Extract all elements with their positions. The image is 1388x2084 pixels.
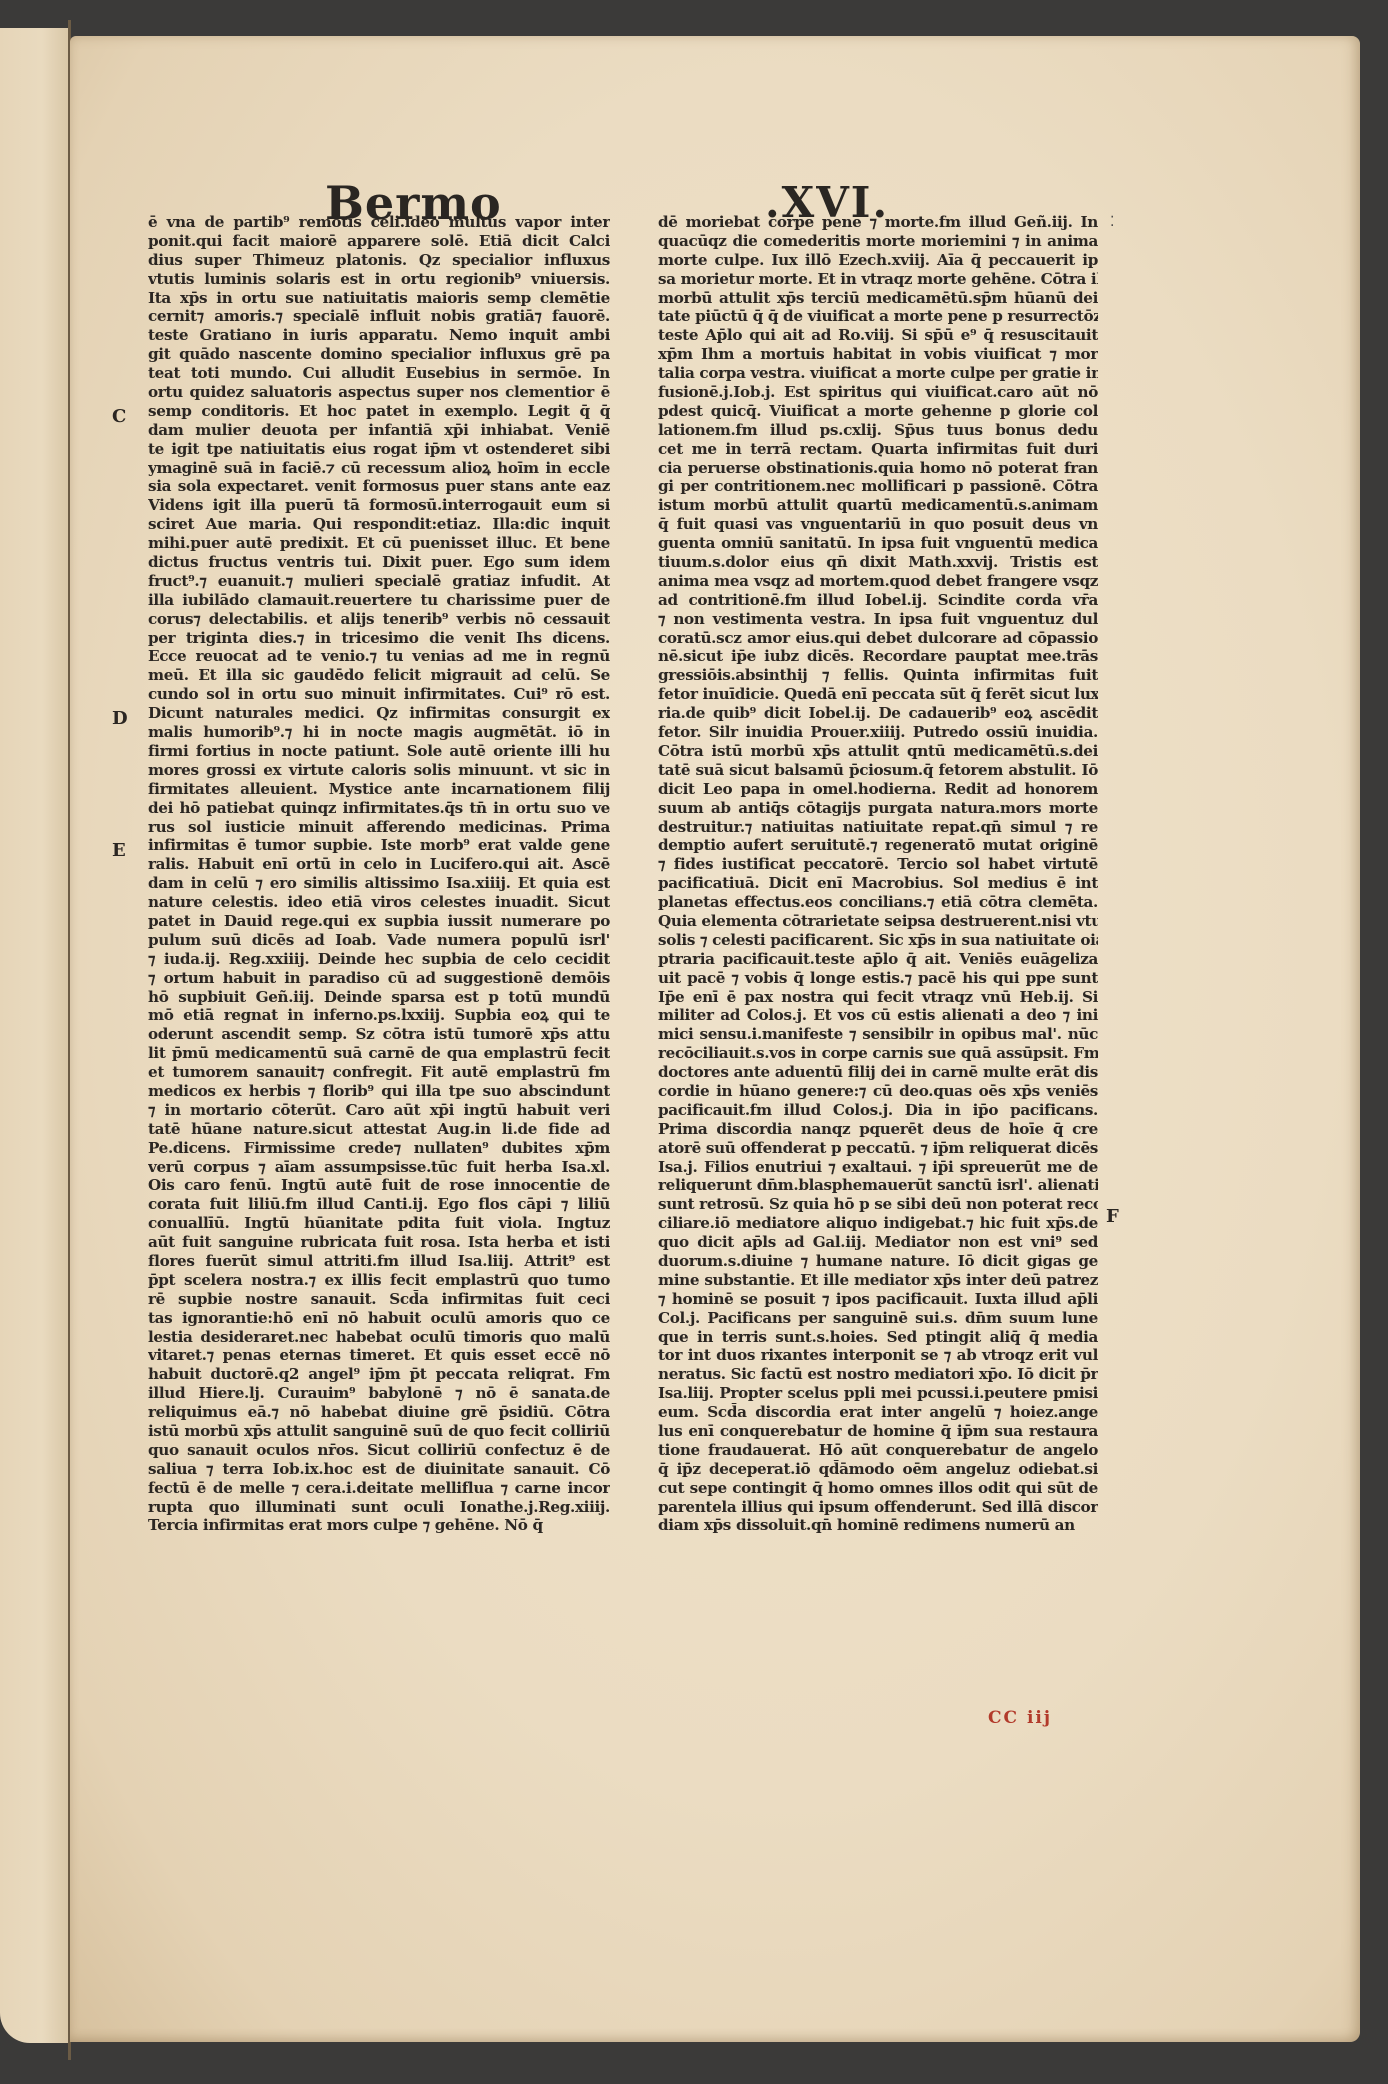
text-line: teste Ap̄lo qui ait ad Ro.viij. Si sp̄ū … [658,326,1098,345]
text-line: Pe.dicens. Firmissime crede⁊ nullaten⁹ d… [148,1139,610,1158]
text-line: flores fuerūt simul attriti.fm illud Isa… [148,1252,610,1271]
text-line: oderunt ascendit semp. Sz cōtra istū tum… [148,1025,610,1044]
text-line: illud Hiere.lj. Curauim⁹ babylonē ⁊ nō ē… [148,1384,610,1403]
text-line: uit pacē ⁊ vobis q̄ longe estis.⁊ pacē h… [658,969,1098,988]
text-line: duorum.s.diuine ⁊ humane nature. Iō dici… [658,1252,1098,1271]
text-line: mine substantie. Et ille mediator xp̄s i… [658,1271,1098,1290]
text-line: ⁊ non vestimenta vestra. In ipsa fuit vn… [658,610,1098,629]
text-line: guenta omniū sanitatū. In ipsa fuit vngu… [658,534,1098,553]
text-line: ria.de quib⁹ dicit Iobel.ij. De cadaueri… [658,704,1098,723]
text-line: cordie in hūano genere:⁊ cū deo.quas oēs… [658,1082,1098,1101]
text-line: fectū ē de melle ⁊ cera.i.deitate mellif… [148,1479,610,1498]
text-line: rus sol iusticie minuit afferendo medici… [148,818,610,837]
text-line: lit p̄mū medicamentū suā carnē de qua em… [148,1044,610,1063]
signature-text: CC iij [988,1708,1052,1728]
text-line: tatē hūane nature.sicut attestat Aug.in … [148,1120,610,1139]
text-line: ymaginē suā in faciē.⁊ cū recessum alioꝝ… [148,459,610,478]
text-line: lationem.fm illud ps.cxlij. Sp̄us tuus b… [658,421,1098,440]
text-line: ptraria pacificauit.teste ap̄lo q̄ ait. … [658,950,1098,969]
text-line: eum. Scd̄a discordia erat inter angelū ⁊… [658,1403,1098,1422]
text-line: saliua ⁊ terra Iob.ix.hoc est de diuinit… [148,1460,610,1479]
text-line: habuit ductorē.q2 angel⁹ ip̄m p̄t peccat… [148,1365,610,1384]
text-column-left: ē vna de partib⁹ remotis celi.ideo multu… [148,213,610,1535]
text-line: morte culpe. Iux illō Ezech.xviij. Aīa q… [658,251,1098,270]
text-line: mihi.puer autē predixit. Et cū puenisset… [148,534,610,553]
text-line: solis ⁊ celesti pacificarent. Sic xp̄s i… [658,931,1098,950]
text-line: ⁊ hominē se posuit ⁊ ipos pacificauit. I… [658,1290,1098,1309]
text-line: istum morbū attulit quartū medicamentū.s… [658,496,1098,515]
text-line: neratus. Sic factū est nostro mediatori … [658,1365,1098,1384]
text-line: ē vna de partib⁹ remotis celi.ideo multu… [148,213,610,232]
text-line: Isa.liij. Propter scelus ppli mei pcussi… [658,1384,1098,1403]
text-line: semp conditoris. Et hoc patet in exemplo… [148,402,610,421]
text-line: q̄ fuit quasi vas vnguentariū in quo pos… [658,515,1098,534]
text-line: corus⁊ delectabilis. et alijs tenerib⁹ v… [148,610,610,629]
text-line: meū. Et illa sic gaudēdo felicit migraui… [148,666,610,685]
ink-mark: ⁚ [1110,214,1114,230]
text-line: Quia elementa cōtrarietate seipsa destru… [658,912,1098,931]
text-line: et tumorem sanauit⁊ confregit. Fit autē … [148,1063,610,1082]
signature-mark: CC iij [988,1708,1052,1728]
text-line: que in terris sunt.s.hoies. Sed ptingit … [658,1328,1098,1347]
text-line: dei hō patiebat quinqz infirmitates.q̄s … [148,799,610,818]
text-line: xp̄m Ihm a mortuis habitat in vobis viui… [658,345,1098,364]
text-line: quo dicit ap̄ls ad Gal.iij. Mediator non… [658,1233,1098,1252]
text-line: ⁊ in mortario cōterūt. Caro aūt xp̄i ing… [148,1101,610,1120]
text-line: fusionē.j.Iob.j. Est spiritus qui viuifi… [658,383,1098,402]
text-line: verū corpus ⁊ aīam assumpsisse.tūc fuit … [148,1158,610,1177]
text-line: conuallīū. Ingtū hūanitate pdita fuit vi… [148,1214,610,1233]
text-line: morbū attulit xp̄s terciū medicamētū.sp̄… [658,289,1098,308]
text-line: Ois caro fenū. Ingtū autē fuit de rose i… [148,1176,610,1195]
facing-page-edge [0,28,70,2043]
text-line: rē supbie nostre sanauit. Scd̄a infirmit… [148,1290,610,1309]
text-line: illa iubilādo clamauit.reuertere tu char… [148,591,610,610]
text-line: atorē suū offenderat p peccatū. ⁊ ip̄m r… [658,1139,1098,1158]
margin-letter-c: C [112,406,126,427]
book-page: Bermo .XVI. ⁚ ē vna de partib⁹ remotis c… [70,36,1360,2042]
text-line: reliquimus eā.⁊ nō habebat diuine grē p̄… [148,1403,610,1422]
text-line: tas ignorantie:hō enī nō habuit oculū am… [148,1309,610,1328]
text-line: dius super Thimeuz platonis. Qz speciali… [148,251,610,270]
text-line: pulum suū dicēs ad Ioab. Vade numera pop… [148,931,610,950]
text-line: parentela illius qui ipsum offenderunt. … [658,1498,1098,1517]
text-line: firmitates alleuient. Mystice ante incar… [148,780,610,799]
text-line: hō supbiuit Geñ.iij. Deinde sparsa est p… [148,988,610,1007]
text-line: nē.sicut ip̄e iubz dicēs. Recordare paup… [658,647,1098,666]
text-line: teste Gratiano in iuris apparatu. Nemo i… [148,326,610,345]
text-line: diam xp̄s dissoluit.qn̄ hominē redimens … [658,1516,1098,1535]
text-line: dicit Leo papa in omel.hodierna. Redit a… [658,780,1098,799]
text-line: teat toti mundo. Cui alludit Eusebius in… [148,364,610,383]
text-line: q̄ ip̄z deceperat.iō qd̄āmodo oēm angelu… [658,1460,1098,1479]
text-line: Isa.j. Filios enutriui ⁊ exaltaui. ⁊ ip̄… [658,1158,1098,1177]
text-line: sia sola expectaret. venit formosus puer… [148,477,610,496]
text-line: tiuum.s.dolor eius qn̄ dixit Math.xxvij.… [658,553,1098,572]
text-line: tor int duos rixantes interponit se ⁊ ab… [658,1346,1098,1365]
text-line: Videns igit illa puerū tā formosū.interr… [148,496,610,515]
text-line: doctores ante aduentū filij dei in carnē… [658,1063,1098,1082]
text-line: vtutis luminis solaris est in ortu regio… [148,270,610,289]
text-line: fetor inuīdicie. Quedā enī peccata sūt q… [658,685,1098,704]
text-line: nature celestis. ideo etiā viros celeste… [148,893,610,912]
text-line: mici sensu.i.manifeste ⁊ sensibilr in op… [658,1025,1098,1044]
text-line: ponit.qui facit maiorē apparere solē. Et… [148,232,610,251]
text-line: ciliare.iō mediatore aliquo indigebat.⁊ … [658,1214,1098,1233]
text-line: infirmitas ē tumor supbie. Iste morb⁹ er… [148,836,610,855]
text-line: pdest quicq̄. Viuificat a morte gehenne … [658,402,1098,421]
text-line: quo sanauit oculos nr̄os. Sicut colliriū… [148,1441,610,1460]
text-line: per triginta dies.⁊ in tricesimo die ven… [148,629,610,648]
text-line: malis humorib⁹.⁊ hi in nocte magis augmē… [148,723,610,742]
text-line: fruct⁹.⁊ euanuit.⁊ mulieri specialē grat… [148,572,610,591]
text-line: p̄pt scelera nostra.⁊ ex illis fecit emp… [148,1271,610,1290]
text-line: vitaret.⁊ penas eternas timeret. Et quis… [148,1346,610,1365]
text-line: git quādo nascente domino specialior inf… [148,345,610,364]
text-line: anima mea vsqz ad mortem.quod debet fran… [658,572,1098,591]
text-line: lus enī conquerebatur de homine q̄ ip̄m … [658,1422,1098,1441]
text-line: ⁊ iuda.ij. Reg.xxiiij. Deinde hec supbia… [148,950,610,969]
text-line: cundo sol in ortu suo minuit infirmitate… [148,685,610,704]
text-line: aūt fuit sanguine rubricata fuit rosa. I… [148,1233,610,1252]
text-line: cet me in terrā rectam. Quarta infirmita… [658,440,1098,459]
text-line: planetas effectus.eos concilians.⁊ etiā … [658,893,1098,912]
text-line: tate piūctū q̄ q̄ de viuificat a morte p… [658,307,1098,326]
text-line: Ita xp̄s in ortu sue natiuitatis maioris… [148,289,610,308]
margin-letter-d: D [112,708,128,729]
text-line: Col.j. Pacificans per sanguinē sui.s. dn… [658,1309,1098,1328]
text-line: gi per contritionem.nec mollificari p pa… [658,477,1098,496]
text-line: mō etiā regnat in inferno.ps.lxxiij. Sup… [148,1006,610,1025]
text-line: gressiōis.absinthij ⁊ fellis. Quinta inf… [658,666,1098,685]
text-line: ⁊ ortum habuit in paradiso cū ad suggest… [148,969,610,988]
text-line: dam mulier deuota per infantiā xp̄i inhi… [148,421,610,440]
text-line: recōciliauit.s.vos in corpe carnis sue q… [658,1044,1098,1063]
text-line: dē moriebat corpe pene ⁊ morte.fm illud … [658,213,1098,232]
text-column-right: dē moriebat corpe pene ⁊ morte.fm illud … [658,213,1098,1535]
text-line: Ip̄e enī ē pax nostra qui fecit vtraqz v… [658,988,1098,1007]
text-line: lestia desideraret.nec habebat oculū tim… [148,1328,610,1347]
text-line: mores grossi ex virtute caloris solis mi… [148,761,610,780]
text-line: tatē suā sicut balsamū p̄ciosum.q̄ fetor… [658,761,1098,780]
margin-letter-f: F [1106,1206,1119,1227]
text-line: tione fraudauerat. Hō aūt conquerebatur … [658,1441,1098,1460]
text-line: sunt retrosū. Sz quia hō p se sibi deū n… [658,1195,1098,1214]
text-line: cia peruerse obstinationis.quia homo nō … [658,459,1098,478]
text-line: medicos ex herbis ⁊ florib⁹ qui illa tpe… [148,1082,610,1101]
text-line: istū morbū xp̄s attulit sanguinē suū de … [148,1422,610,1441]
text-line: te igit tpe natiuitatis eius rogat ip̄m … [148,440,610,459]
text-line: pacificatiuā. Dicit enī Macrobius. Sol m… [658,874,1098,893]
text-line: sa morietur morte. Et in vtraqz morte ge… [658,270,1098,289]
text-line: talia corpa vestra. viuificat a morte cu… [658,364,1098,383]
text-line: coratū.scz amor eius.qui debet dulcorare… [658,629,1098,648]
text-line: pacificauit.fm illud Colos.j. Dia in ip̄… [658,1101,1098,1120]
text-line: corata fuit liliū.fm illud Canti.ij. Ego… [148,1195,610,1214]
text-line: Ecce reuocat ad te venio.⁊ tu venias ad … [148,647,610,666]
text-line: sciret Aue maria. Qui respondit:etiaz. I… [148,515,610,534]
text-line: reliquerunt dn̄m.blasphemauerūt sanctū i… [658,1176,1098,1195]
text-line: dam in celū ⁊ ero similis altissimo Isa.… [148,874,610,893]
text-line: suum ab antiq̄s cōtagijs purgata natura.… [658,799,1098,818]
text-line: patet in Dauid rege.qui ex supbia iussit… [148,912,610,931]
text-line: Dicunt naturales medici. Qz infirmitas c… [148,704,610,723]
text-line: fetor. Silr inuidia Prouer.xiiij. Putred… [658,723,1098,742]
text-line: ortu quidez saluatoris aspectus super no… [148,383,610,402]
text-line: ⁊ fides iustificat peccatorē. Tercio sol… [658,855,1098,874]
text-line: ralis. Habuit enī ortū in celo in Lucife… [148,855,610,874]
text-line: quacūqz die comederitis morte moriemini … [658,232,1098,251]
text-line: firmi fortius in nocte patiunt. Sole aut… [148,742,610,761]
text-line: cernit⁊ amoris.⁊ specialē influit nobis … [148,307,610,326]
text-line: dictus fructus ventris tui. Dixit puer. … [148,553,610,572]
text-line: rupta quo illuminati sunt oculi Ionathe.… [148,1498,610,1517]
text-line: militer ad Colos.j. Et vos cū estis alie… [658,1006,1098,1025]
margin-letter-e: E [112,840,126,861]
text-line: destruitur.⁊ natiuitas natiuitate repat.… [658,818,1098,837]
text-line: Cōtra istū morbū xp̄s attulit qntū medic… [658,742,1098,761]
text-line: cut sepe contingit q̄ homo omnes illos o… [658,1479,1098,1498]
text-line: Prima discordia nanqz pquerēt deus de ho… [658,1120,1098,1139]
text-line: Tercia infirmitas erat mors culpe ⁊ gehē… [148,1516,610,1535]
text-line: demptio aufert seruitutē.⁊ regeneratō mu… [658,836,1098,855]
text-line: ad contritionē.fm illud Iobel.ij. Scindi… [658,591,1098,610]
